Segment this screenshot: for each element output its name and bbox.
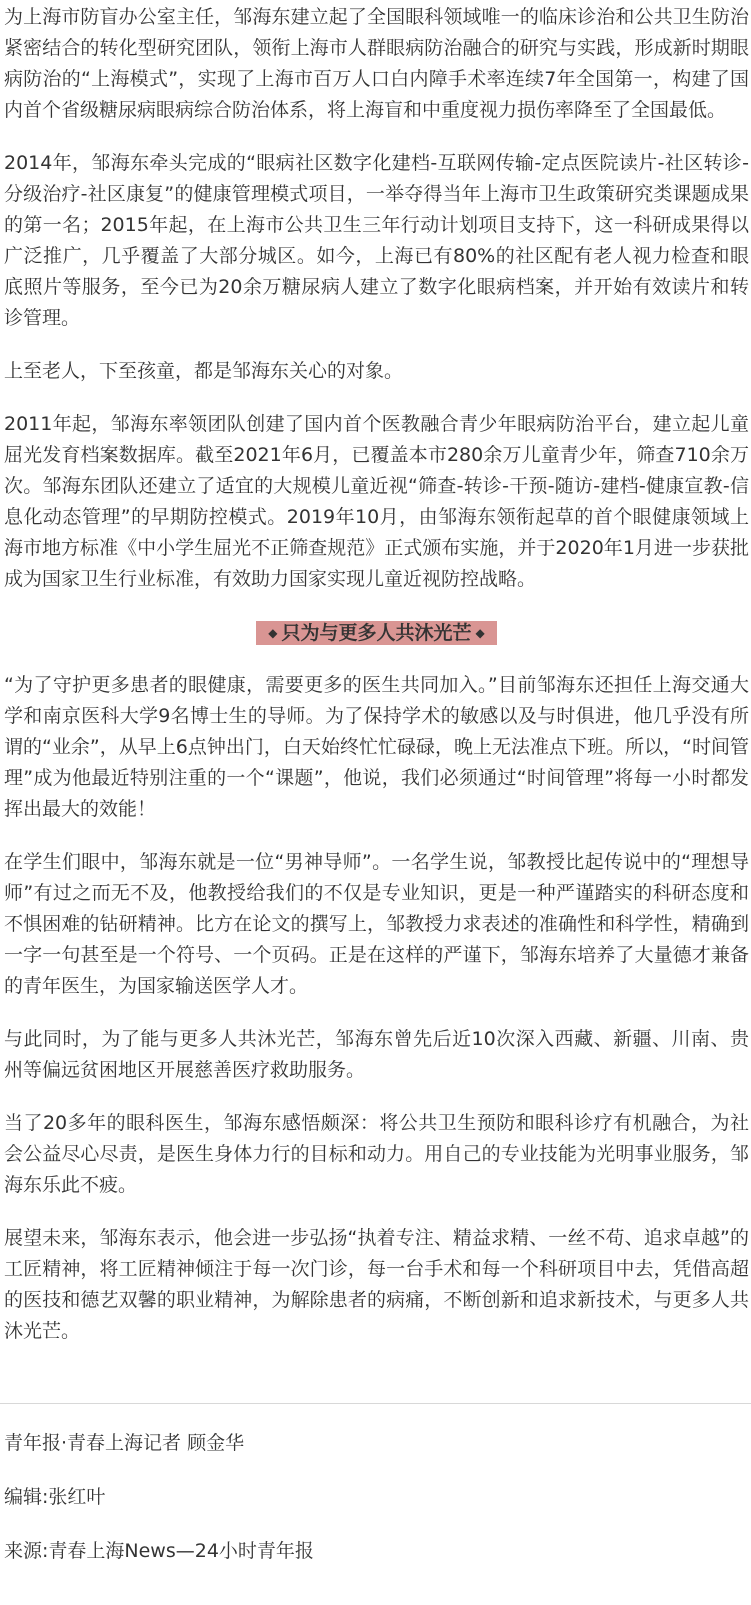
article-paragraph: 2011年起，邹海东率领团队创建了国内首个医教融合青少年眼病防治平台，建立起儿童… [4, 409, 749, 595]
diamond-ornament-icon: ◆ [472, 626, 489, 640]
diamond-ornament-icon: ◆ [264, 626, 281, 640]
article-paragraph: “为了守护更多患者的眼健康，需要更多的医生共同加入。”目前邹海东还担任上海交通大… [4, 670, 749, 825]
section-heading: ◆只为与更多人共沐光芒◆ [256, 621, 496, 645]
article-paragraph: 当了20多年的眼科医生，邹海东感悟颇深：将公共卫生预防和眼科诊疗有机融合，为社会… [4, 1108, 749, 1201]
article-paragraph: 与此同时，为了能与更多人共沐光芒，邹海东曾先后近10次深入西藏、新疆、川南、贵州… [4, 1024, 749, 1086]
section-heading-container: ◆只为与更多人共沐光芒◆ [4, 617, 749, 648]
article-paragraph: 要大，他的视野更加广阔，他的目标更加高远，他心系的是整个上海的眼病防治工作。作为… [4, 0, 749, 126]
article-paragraph: 在学生们眼中，邹海东就是一位“男神导师”。一名学生说，邹教授比起传说中的“理想导… [4, 847, 749, 1002]
article-paragraph: 2014年，邹海东牵头完成的“眼病社区数字化建档-互联网传输-定点医院读片-社区… [4, 148, 749, 334]
divider [0, 1403, 751, 1404]
section-heading-text: 只为与更多人共沐光芒 [281, 622, 471, 644]
editor-credit: 编辑:张红叶 [4, 1482, 749, 1513]
article-paragraph: 展望未来，邹海东表示，他会进一步弘扬“执着专注、精益求精、一丝不苟、追求卓越”的… [4, 1223, 749, 1347]
article-body: 要大，他的视野更加广阔，他的目标更加高远，他心系的是整个上海的眼病防治工作。作为… [4, 0, 749, 1369]
reporter-credit: 青年报·青春上海记者 顾金华 [4, 1428, 749, 1459]
article-credits: 青年报·青春上海记者 顾金华 编辑:张红叶 来源:青春上海News—24小时青年… [4, 1428, 749, 1590]
source-credit: 来源:青春上海News—24小时青年报 [4, 1536, 749, 1567]
article-paragraph: 上至老人，下至孩童，都是邹海东关心的对象。 [4, 356, 749, 387]
